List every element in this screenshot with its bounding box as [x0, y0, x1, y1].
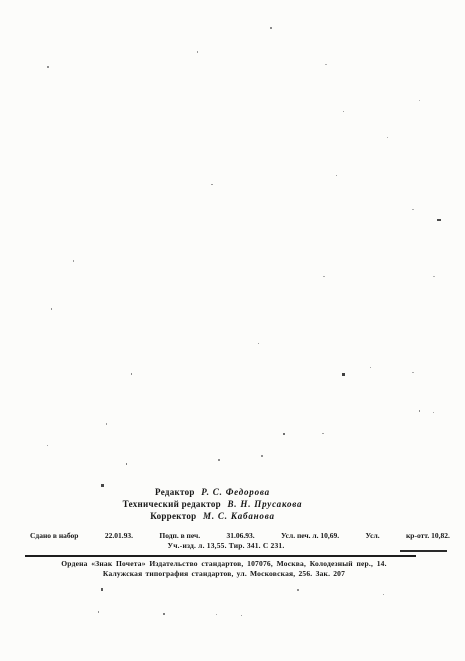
- sent-to-typesetting-label: Сдано в набор: [30, 531, 78, 541]
- noise-speck: [106, 423, 107, 425]
- noise-speck: [412, 372, 414, 373]
- noise-speck: [216, 614, 217, 615]
- noise-speck: [323, 276, 325, 277]
- noise-speck: [163, 613, 165, 615]
- editor-name: Р. С. Федорова: [201, 487, 270, 497]
- conventional-label: Усл.: [365, 531, 379, 541]
- ink-impressions: кр-отт. 10,82.: [406, 531, 450, 541]
- noise-speck: [433, 412, 434, 413]
- typesetting-info-line: Сдано в набор 22.01.93. Подп. в печ. 31.…: [30, 531, 450, 541]
- printing-house-line: Калужская типография стандартов, ул. Мос…: [0, 569, 448, 579]
- proofreader-name: М. С. Кабанова: [203, 511, 275, 521]
- publisher-block: Ордена «Знак Почета» Издательство станда…: [0, 559, 448, 578]
- publisher-address-line: Ордена «Знак Почета» Издательство станда…: [0, 559, 448, 569]
- noise-speck: [270, 27, 272, 29]
- technical-editor-role-label: Технический редактор: [123, 499, 221, 509]
- typesetting-date: 22.01.93.: [105, 531, 133, 541]
- noise-speck: [370, 367, 371, 368]
- noise-speck: [218, 459, 220, 461]
- short-rule: [400, 550, 447, 552]
- signed-to-print-label: Подп. в печ.: [159, 531, 200, 541]
- horizontal-rule: [25, 555, 416, 557]
- noise-speck: [342, 373, 345, 376]
- noise-speck: [47, 66, 49, 68]
- noise-speck: [433, 276, 435, 277]
- noise-speck: [383, 594, 384, 595]
- noise-speck: [261, 455, 263, 457]
- editor-line-technical-editor: Технический редактор В. Н. Прусакова: [0, 498, 425, 510]
- noise-speck: [297, 589, 299, 591]
- editor-line-proofreader: Корректор М. С. Кабанова: [0, 510, 425, 522]
- noise-speck: [258, 343, 259, 344]
- noise-speck: [98, 611, 99, 613]
- editor-role-label: Редактор: [155, 487, 195, 497]
- noise-speck: [343, 111, 344, 112]
- noise-speck: [101, 588, 103, 591]
- technical-editor-name: В. Н. Прусакова: [228, 499, 303, 509]
- conventional-printed-sheets: Усл. печ. л. 10,69.: [281, 531, 339, 541]
- noise-speck: [197, 51, 198, 53]
- noise-speck: [211, 184, 213, 185]
- scanned-colophon-page: Редактор Р. С. Федорова Технический реда…: [0, 0, 465, 661]
- editor-line-editor: Редактор Р. С. Федорова: [0, 486, 425, 498]
- noise-speck: [126, 463, 127, 465]
- noise-speck: [412, 209, 414, 210]
- noise-speck: [419, 100, 420, 101]
- editors-block: Редактор Р. С. Федорова Технический реда…: [0, 486, 425, 522]
- noise-speck: [419, 410, 420, 412]
- noise-speck: [73, 260, 74, 262]
- noise-speck: [51, 308, 52, 310]
- publication-sheets-line: Уч.-изд. л. 13,55. Тир. 341. С 231.: [0, 541, 452, 551]
- noise-speck: [322, 433, 324, 434]
- proofreader-role-label: Корректор: [150, 511, 196, 521]
- noise-speck: [387, 137, 388, 138]
- noise-speck: [283, 433, 285, 435]
- noise-speck: [241, 615, 242, 616]
- noise-speck: [47, 445, 48, 446]
- noise-speck: [131, 373, 132, 375]
- print-date: 31.06.93.: [226, 531, 254, 541]
- noise-speck: [336, 175, 337, 176]
- noise-speck: [325, 64, 327, 65]
- noise-speck: [437, 219, 441, 221]
